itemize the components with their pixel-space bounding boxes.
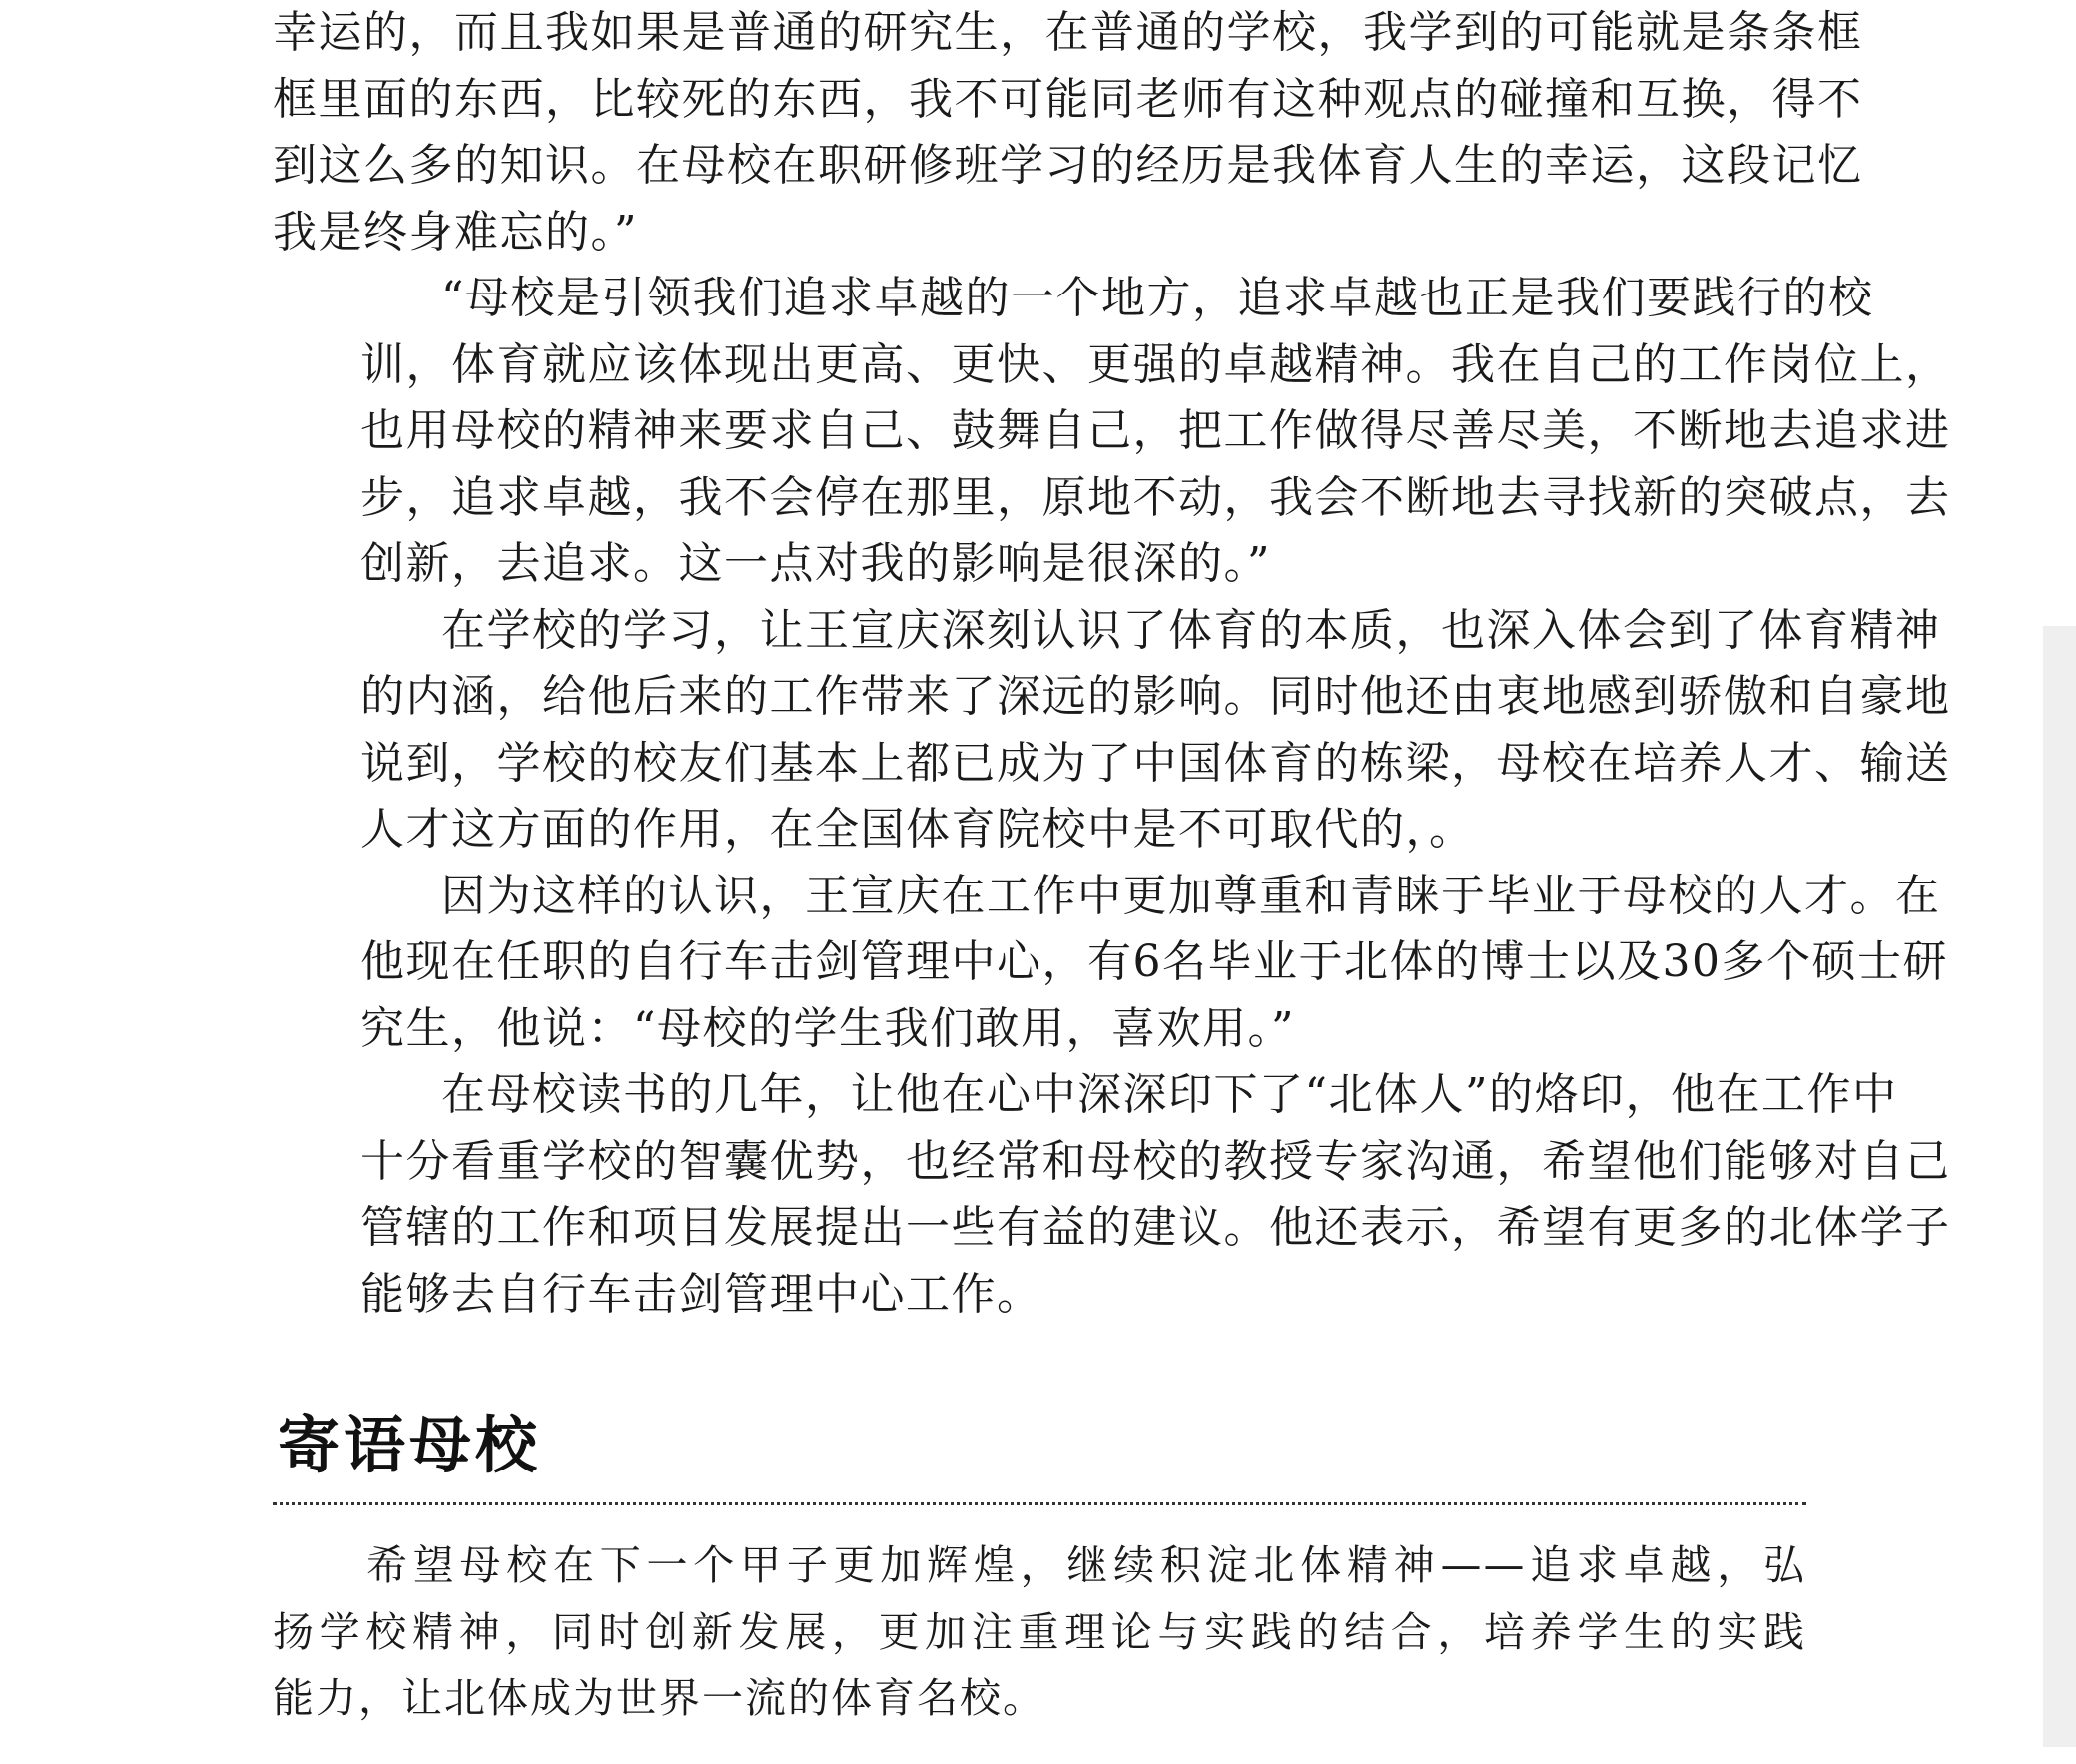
text-line: 我是终身难忘的。” xyxy=(273,200,1806,267)
page-body: 幸运的，而且我如果是普通的研究生，在普通的学校，我学到的可能就是条条框 框里面的… xyxy=(273,0,1806,1328)
text-line: 在学校的学习，让王宣庆深刻认识了体育的本质，也深入体会到了体育精神 xyxy=(273,598,1806,665)
text-line: 到这么多的知识。在母校在职研修班学习的经历是我体育人生的幸运，这段记忆 xyxy=(273,133,1806,200)
text-line: 说到，学校的校友们基本上都已成为了中国体育的栋梁，母校在培养人才、输送 xyxy=(273,731,1806,798)
text-line: 在母校读书的几年，让他在心中深深印下了“北体人”的烙印，他在工作中 xyxy=(273,1062,1806,1129)
text-line: 训，体育就应该体现出更高、更快、更强的卓越精神。我在自己的工作岗位上， xyxy=(273,332,1806,399)
text-line: 步，追求卓越，我不会停在那里，原地不动，我会不断地去寻找新的突破点，去 xyxy=(273,465,1806,532)
text-line: 能力，让北体成为世界一流的体育名校。 xyxy=(273,1665,1806,1732)
dotted-divider xyxy=(273,1502,1806,1505)
text-line: 希望母校在下一个甲子更加辉煌，继续积淀北体精神——追求卓越，弘 xyxy=(273,1532,1806,1599)
text-line: 的内涵，给他后来的工作带来了深远的影响。同时他还由衷地感到骄傲和自豪地 xyxy=(273,664,1806,731)
text-line: 也用母校的精神来要求自己、鼓舞自己，把工作做得尽善尽美，不断地去追求进 xyxy=(273,398,1806,465)
text-line: 能够去自行车击剑管理中心工作。 xyxy=(273,1262,1806,1329)
paragraph-5: 在母校读书的几年，让他在心中深深印下了“北体人”的烙印，他在工作中 十分看重学校… xyxy=(273,1062,1806,1328)
text-line: 他现在任职的自行车击剑管理中心，有6名毕业于北体的博士以及30多个硕士研 xyxy=(273,929,1806,996)
text-line: 因为这样的认识，王宣庆在工作中更加尊重和青睐于毕业于母校的人才。在 xyxy=(273,864,1806,930)
text-line: 管辖的工作和项目发展提出一些有益的建议。他还表示，希望有更多的北体学子 xyxy=(273,1195,1806,1262)
article-body: 幸运的，而且我如果是普通的研究生，在普通的学校，我学到的可能就是条条框 框里面的… xyxy=(273,0,1806,1328)
text-line: 幸运的，而且我如果是普通的研究生，在普通的学校，我学到的可能就是条条框 xyxy=(273,0,1806,67)
paragraph-4: 因为这样的认识，王宣庆在工作中更加尊重和青睐于毕业于母校的人才。在 他现在任职的… xyxy=(273,864,1806,1063)
closing-message: 希望母校在下一个甲子更加辉煌，继续积淀北体精神——追求卓越，弘 扬学校精神，同时… xyxy=(273,1532,1806,1732)
text-line: 扬学校精神，同时创新发展，更加注重理论与实践的结合，培养学生的实践 xyxy=(273,1599,1806,1666)
text-line: 框里面的东西，比较死的东西，我不可能同老师有这种观点的碰撞和互换，得不 xyxy=(273,67,1806,134)
paragraph-2: “母校是引领我们追求卓越的一个地方，追求卓越也正是我们要践行的校 训，体育就应该… xyxy=(273,266,1806,598)
text-line: “母校是引领我们追求卓越的一个地方，追求卓越也正是我们要践行的校 xyxy=(273,266,1806,332)
text-line: 人才这方面的作用，在全国体育院校中是不可取代的，。 xyxy=(273,797,1806,864)
page-edge-strip xyxy=(2043,626,2076,1747)
paragraph-3: 在学校的学习，让王宣庆深刻认识了体育的本质，也深入体会到了体育精神 的内涵，给他… xyxy=(273,598,1806,864)
paragraph-1: 幸运的，而且我如果是普通的研究生，在普通的学校，我学到的可能就是条条框 框里面的… xyxy=(273,0,1806,266)
text-line: 创新，去追求。这一点对我的影响是很深的。” xyxy=(273,531,1806,598)
text-line: 十分看重学校的智囊优势，也经常和母校的教授专家沟通，希望他们能够对自己 xyxy=(273,1129,1806,1196)
section-title: 寄语母校 xyxy=(278,1396,541,1484)
text-line: 究生，他说：“母校的学生我们敢用，喜欢用。” xyxy=(273,996,1806,1063)
